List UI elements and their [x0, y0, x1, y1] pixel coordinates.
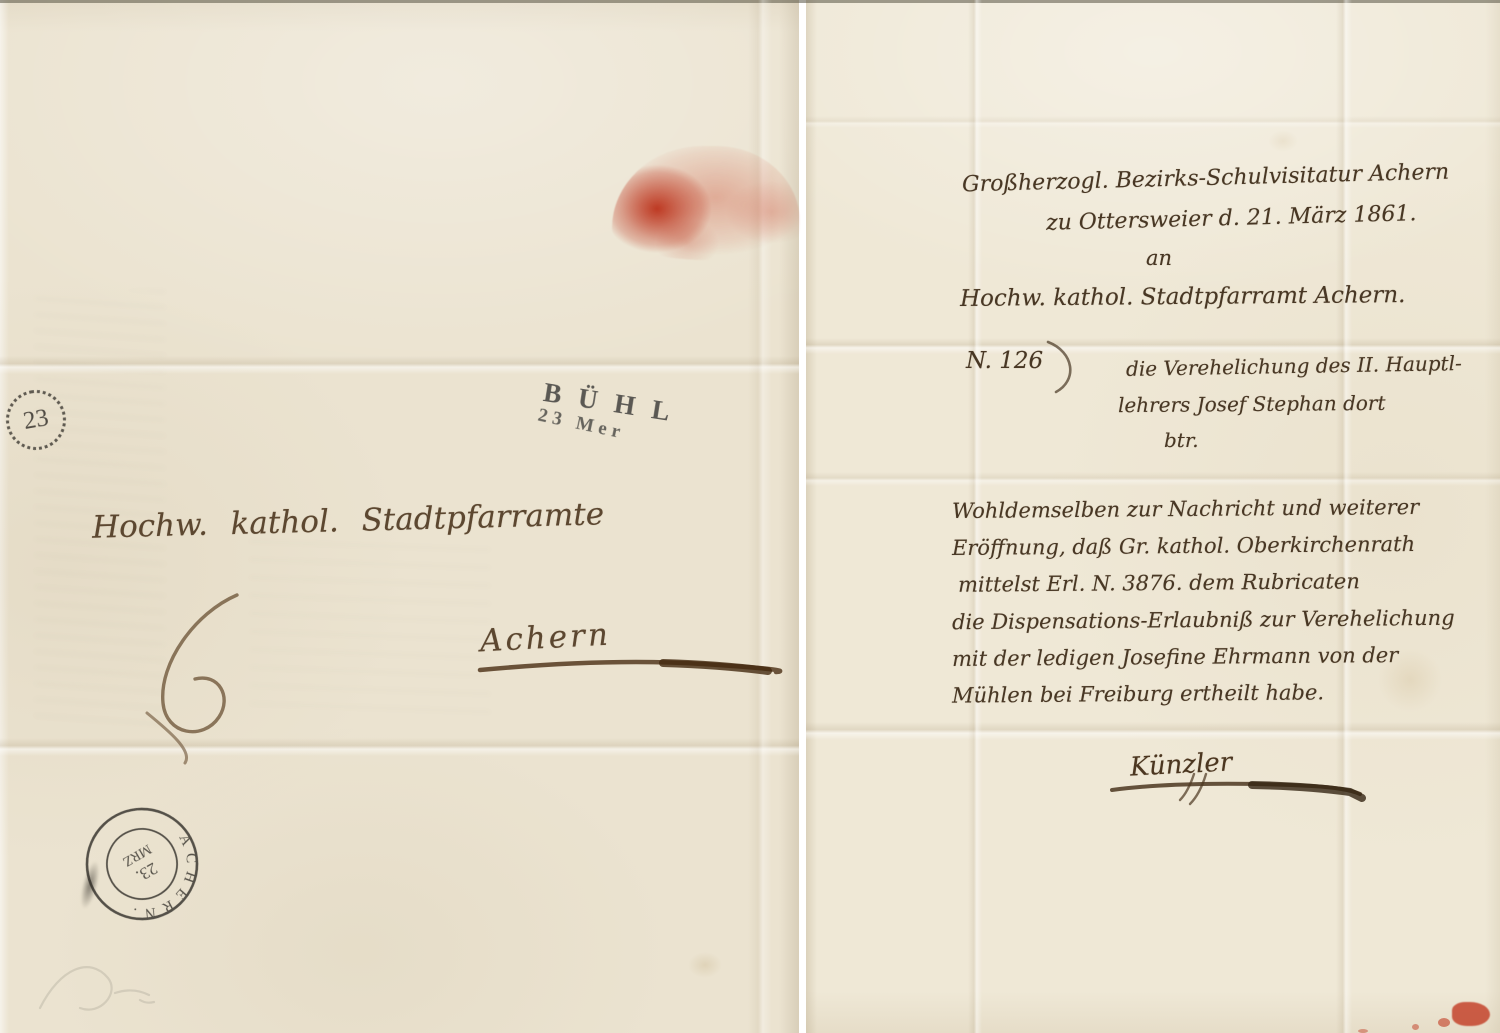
signature-underline-flourish	[1102, 772, 1372, 812]
scanned-letter-1861: { "meta": { "description": "Scan of a fo…	[0, 0, 1500, 1033]
stain	[688, 952, 722, 978]
reference-paraph	[1040, 336, 1090, 396]
subject-line-3: btr.	[1164, 428, 1199, 452]
fold-crease	[806, 722, 1500, 740]
fold-crease	[0, 356, 799, 374]
recipient-line: Hochw. kathol. Stadtpfarramt Achern.	[960, 282, 1406, 312]
body-line: mittelst Erl. N. 3876. dem Rubricaten	[958, 569, 1360, 597]
wax-speck	[1358, 1029, 1368, 1033]
rate-handstamp-value: 23	[21, 404, 50, 436]
stain	[1268, 130, 1298, 152]
destination-underline	[468, 650, 788, 690]
body-line: Wohldemselben zur Nachricht und weiterer	[952, 495, 1419, 523]
address-to: an	[1146, 246, 1172, 270]
pencil-scribble	[20, 938, 190, 1033]
wax-speck	[1452, 1002, 1490, 1026]
show-through-script	[250, 540, 490, 720]
wax-speck	[1412, 1024, 1419, 1030]
reference-number: N. 126	[966, 348, 1043, 374]
fold-crease	[806, 472, 1500, 486]
body-line: mit der ledigen Josefine Ehrmann von der	[952, 643, 1398, 671]
fold-crease	[0, 738, 799, 756]
fold-crease	[806, 116, 1500, 128]
wax-speck	[1438, 1018, 1450, 1027]
ink-flourish	[135, 585, 285, 765]
body-line: Eröffnung, daß Gr. kathol. Oberkirchenra…	[952, 532, 1415, 560]
subject-line-2: lehrers Josef Stephan dort	[1118, 391, 1386, 417]
body-line: die Dispensations-Erlaubniß zur Vereheli…	[952, 606, 1455, 634]
body-line: Mühlen bei Freiburg ertheilt habe.	[952, 680, 1324, 707]
